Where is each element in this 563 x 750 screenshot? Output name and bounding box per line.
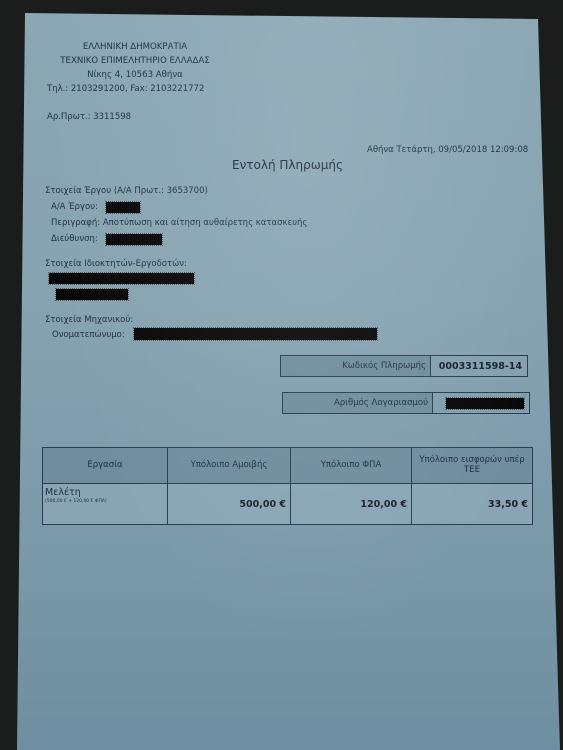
engineer-name-label: Ονοματεπώνυμο: [52,331,125,340]
redacted-project-number [106,202,140,213]
project-description: Περιγραφή: Αποτύπωση και αίτηση αυθαίρετ… [51,219,307,228]
column-header-task: Εργασία [43,448,168,484]
tee-contribution-cell: 33,50 € [412,484,533,525]
project-aa-label: Α/Α Έργου: [51,203,98,212]
fees-table-header-row: Εργασία Υπόλοιπο Αμοιβής Υπόλοιπο ΦΠΑ Υπ… [43,448,533,484]
redacted-owner-1 [49,273,194,284]
task-detail: (500,00 € + 120,00 € ΦΠΑ) [45,499,165,504]
header-address: Νίκης 4, 10563 Αθήνα [35,71,235,80]
fees-table: Εργασία Υπόλοιπο Αμοιβής Υπόλοιπο ΦΠΑ Υπ… [42,447,533,525]
protocol-number: Αρ.Πρωτ.: 3311598 [47,113,131,122]
date-line: Αθήνα Τετάρτη, 09/05/2018 12:09:08 [367,146,528,155]
account-number-label: Αριθμός Λογαριασμού [283,393,433,413]
redacted-owner-2 [56,289,128,300]
task-cell: Μελέτη (500,00 € + 120,00 € ΦΠΑ) [43,484,168,525]
engineer-heading: Στοιχεία Μηχανικού: [45,316,133,325]
header-organization: ΤΕΧΝΙΚΟ ΕΠΙΜΕΛΗΤΗΡΙΟ ΕΛΛΑΔΑΣ [35,57,235,66]
column-header-tee-contribution: Υπόλοιπο εισφορών υπέρ ΤΕΕ [412,448,533,484]
owners-heading: Στοιχεία Ιδιοκτητών-Εργοδοτών: [45,260,187,269]
column-header-fee-balance: Υπόλοιπο Αμοιβής [168,448,291,484]
column-header-vat-balance: Υπόλοιπο ΦΠΑ [291,448,412,484]
page-title: Εντολή Πληρωμής [232,159,343,171]
fee-balance-cell: 500,00 € [168,484,291,525]
payment-code-box: Κωδικός Πληρωμής 0003311598-14 [280,355,528,377]
project-heading: Στοιχεία Έργου (Α/Α Πρωτ.: 3653700) [45,187,208,196]
payment-code-value: 0003311598-14 [431,356,527,376]
redacted-account-number [446,398,524,409]
payment-code-label: Κωδικός Πληρωμής [281,356,431,376]
payment-order-document: ΕΛΛΗΝΙΚΗ ΔΗΜΟΚΡΑΤΙΑ ΤΕΧΝΙΚΟ ΕΠΙΜΕΛΗΤΗΡΙΟ… [0,0,563,750]
redacted-engineer-name [134,328,377,340]
task-name: Μελέτη [45,487,165,498]
account-number-value [433,393,529,413]
redacted-project-address [106,234,162,245]
vat-balance-cell: 120,00 € [291,484,412,525]
account-number-box: Αριθμός Λογαριασμού [282,392,530,414]
header-contact: Τηλ.: 2103291200, Fax: 2103221772 [47,85,204,94]
table-row: Μελέτη (500,00 € + 120,00 € ΦΠΑ) 500,00 … [43,484,533,525]
header-republic: ΕΛΛΗΝΙΚΗ ΔΗΜΟΚΡΑΤΙΑ [35,43,235,52]
project-address-label: Διεύθυνση: [51,235,98,244]
